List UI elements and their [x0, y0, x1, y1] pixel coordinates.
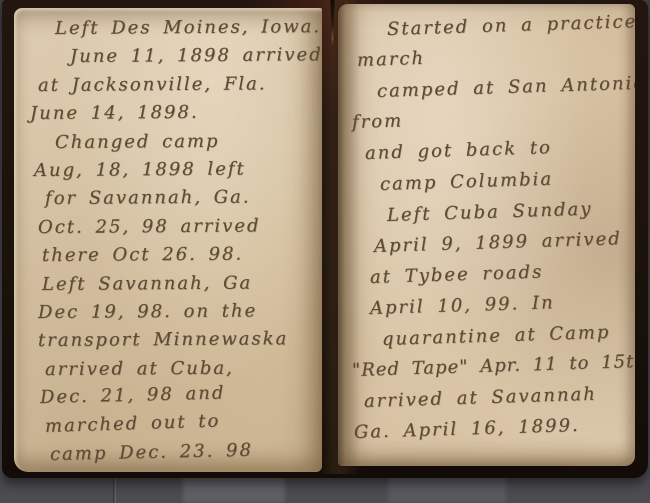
photo-background: Left Des Moines, Iowa.June 11, 1898 arri…	[0, 0, 650, 503]
handwritten-line: Left Des Moines, Iowa.	[55, 13, 322, 43]
handwritten-line: Dec 19, 98. on the	[38, 297, 322, 327]
handwritten-line: Oct. 25, 98 arrived	[38, 212, 322, 242]
handwritten-line: Left Savannah, Ga	[42, 269, 322, 299]
handwritten-line: camp Dec. 23. 98	[50, 435, 322, 469]
right-page-text: Started on a practicemarchcamped at San …	[338, 4, 635, 466]
handwritten-line: transport Minnewaska	[38, 325, 322, 355]
handwritten-line: June 11, 1898 arrived	[70, 42, 322, 72]
handwritten-line: for Savannah, Ga.	[45, 184, 322, 214]
handwritten-line: there Oct 26. 98.	[42, 240, 322, 270]
diary-left-page: Left Des Moines, Iowa.June 11, 1898 arri…	[14, 8, 322, 472]
diary-right-page: Started on a practicemarchcamped at San …	[338, 4, 635, 466]
left-page-text: Left Des Moines, Iowa.June 11, 1898 arri…	[14, 8, 322, 472]
handwritten-line: at Jacksonville, Fla.	[38, 70, 322, 100]
handwritten-line: June 14, 1898.	[30, 98, 322, 128]
handwritten-line: Aug, 18, 1898 left	[34, 155, 322, 185]
handwritten-line: Changed camp	[55, 127, 322, 157]
